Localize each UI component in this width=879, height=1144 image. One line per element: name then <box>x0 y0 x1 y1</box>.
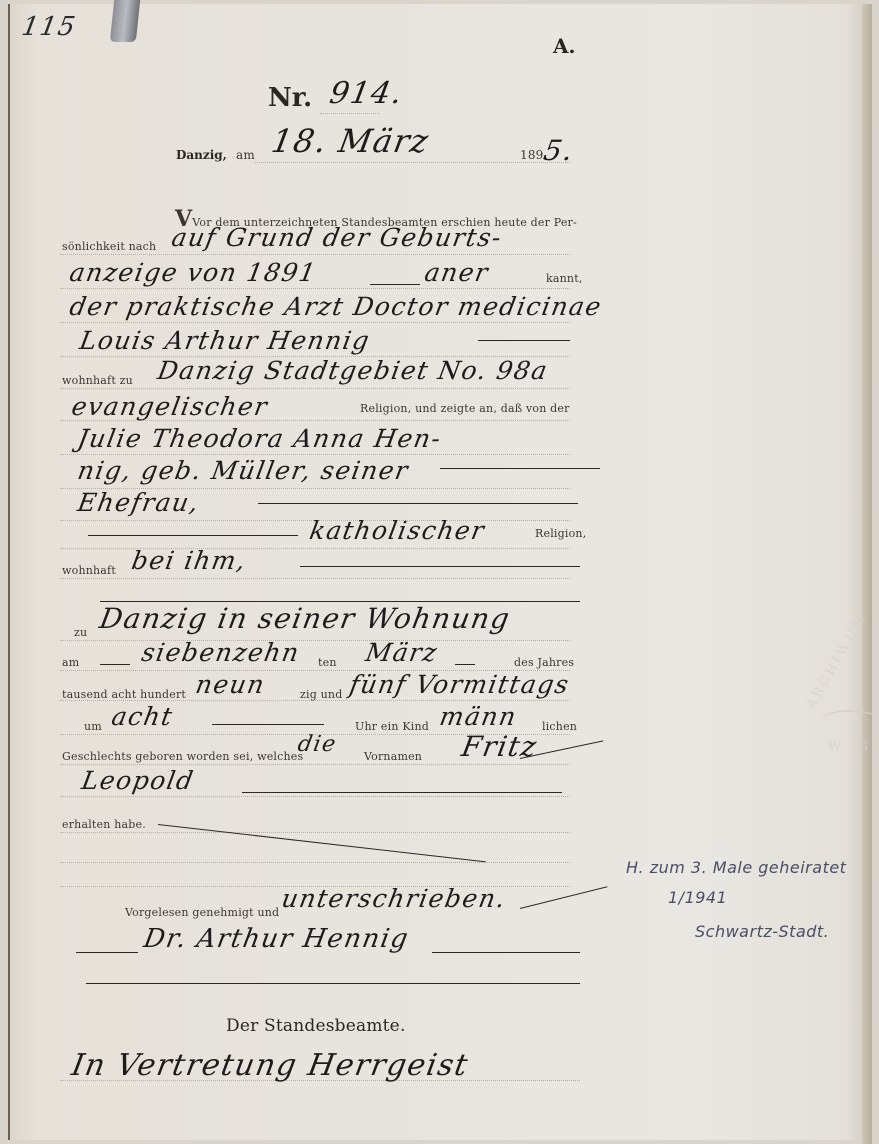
body-line-16-print-a: um <box>84 720 102 733</box>
body-line-16-print-b: Uhr ein Kind <box>355 720 429 733</box>
rule-18 <box>60 796 570 797</box>
body-line-17-hand-a: die <box>296 732 339 757</box>
rule-13 <box>60 640 570 641</box>
entry-number-value: 914. <box>327 76 406 111</box>
body-line-11-print: Religion, <box>535 527 586 540</box>
entry-number-label: Nr. <box>268 83 312 113</box>
body-line-5-hand: Louis Arthur Hennig <box>77 326 372 355</box>
year-prefix: 189 <box>520 148 544 162</box>
body-line-14-hand-a: siebenzehn <box>139 638 302 667</box>
fill-line <box>478 340 570 341</box>
register-letter: A. <box>553 34 575 58</box>
closing-print: Vorgelesen genehmigt und <box>125 906 279 919</box>
body-line-3-print: kannt, <box>546 272 583 285</box>
fill-line <box>258 503 578 504</box>
body-line-17-print-b: Vornamen <box>364 750 422 763</box>
page-edge <box>862 4 872 1144</box>
registrar-signature: In Vertretung Herrgeist <box>69 1048 472 1083</box>
body-line-2-hand: auf Grund der Geburts- <box>169 223 504 252</box>
rule-2 <box>60 254 570 255</box>
body-line-6-hand: Danzig Stadtgebiet No. 98a <box>155 356 550 385</box>
body-line-14-hand-b: März <box>363 638 440 667</box>
body-line-15-hand-b: fünf Vormittags <box>347 670 572 699</box>
body-line-13-print: zu <box>74 626 87 639</box>
body-line-13-hand: Danzig in seiner Wohnung <box>97 602 513 635</box>
body-line-16-hand-b: männ <box>437 702 519 731</box>
body-line-6-print: wohnhaft zu <box>62 374 133 387</box>
year-suffix: 5. <box>541 134 577 167</box>
date-value: 18. März <box>269 122 433 160</box>
margin-note-line-2: 1/1941 <box>668 888 727 907</box>
book-icon <box>820 710 879 732</box>
rule-19 <box>60 832 570 833</box>
date-line <box>255 162 570 163</box>
rule-17 <box>60 764 570 765</box>
fill-line <box>242 792 562 793</box>
paper-clip <box>110 0 140 42</box>
margin-note-line-3: Schwartz-Stadt. <box>695 922 829 941</box>
body-line-3-hand-b: aner <box>422 258 491 287</box>
page-number: 115 <box>19 12 78 42</box>
body-line-3-hand: anzeige von 1891 <box>67 258 319 287</box>
fill-line <box>100 664 130 665</box>
fill-line <box>370 284 420 285</box>
body-line-16-print-c: lichen <box>542 720 577 733</box>
body-line-19-print: erhalten habe. <box>62 818 146 831</box>
rule-4 <box>60 322 570 323</box>
archive-watermark: ARCHIWUM W G <box>800 590 879 760</box>
body-line-17-hand-b: Fritz <box>459 730 540 763</box>
fill-line <box>432 952 580 953</box>
margin-note-line-1: H. zum 3. Male geheiratet <box>626 858 846 877</box>
body-line-8-hand: Julie Theodora Anna Hen- <box>75 424 444 453</box>
body-line-12-print: wohnhaft <box>62 564 116 577</box>
body-line-14-print-a: am <box>62 656 79 669</box>
body-line-9-hand: nig, geb. Müller, seiner <box>75 456 411 485</box>
body-line-7-print: Religion, und zeigte an, daß von der <box>360 402 570 415</box>
body-line-18-hand: Leopold <box>79 766 196 795</box>
fill-line <box>455 664 475 665</box>
fill-line <box>76 952 138 953</box>
rule-12 <box>60 578 570 579</box>
watermark-subtext: W G <box>828 740 874 755</box>
fill-line <box>88 535 298 536</box>
body-line-14-print-b: ten <box>318 656 337 669</box>
fill-line <box>440 468 600 469</box>
registrar-title: Der Standesbeamte. <box>226 1016 406 1036</box>
body-line-17-print-a: Geschlechts geboren worden sei, welches <box>62 750 303 763</box>
entry-number-line <box>320 113 380 114</box>
watermark-text: ARCHIWUM <box>804 611 871 711</box>
fill-line <box>212 724 324 725</box>
date-label: am <box>236 148 255 162</box>
rule-6 <box>60 388 570 389</box>
rule-8 <box>60 454 570 455</box>
body-line-15-print-b: zig und <box>300 688 342 701</box>
rule-3 <box>60 288 570 289</box>
body-line-15-print-a: tausend acht hundert <box>62 688 186 701</box>
place-label: Danzig, <box>176 148 227 162</box>
body-line-11-hand: katholischer <box>307 516 487 545</box>
body-line-10-hand: Ehefrau, <box>75 488 201 517</box>
body-line-14-print-c: des Jahres <box>514 656 574 669</box>
closing-hand: unterschrieben. <box>279 884 508 913</box>
rule-20 <box>60 862 570 863</box>
body-line-7-hand: evangelischer <box>69 392 270 421</box>
body-line-2-print: sönlichkeit nach <box>62 240 156 253</box>
fill-line <box>300 566 580 567</box>
body-line-15-hand-a: neun <box>193 670 267 699</box>
body-line-4-hand: der praktische Arzt Doctor medicinae <box>67 292 604 321</box>
informant-signature: Dr. Arthur Hennig <box>141 924 411 954</box>
body-line-16-hand-a: acht <box>109 702 175 731</box>
body-line-12-hand: bei ihm, <box>129 546 249 575</box>
fill-line <box>86 983 580 984</box>
